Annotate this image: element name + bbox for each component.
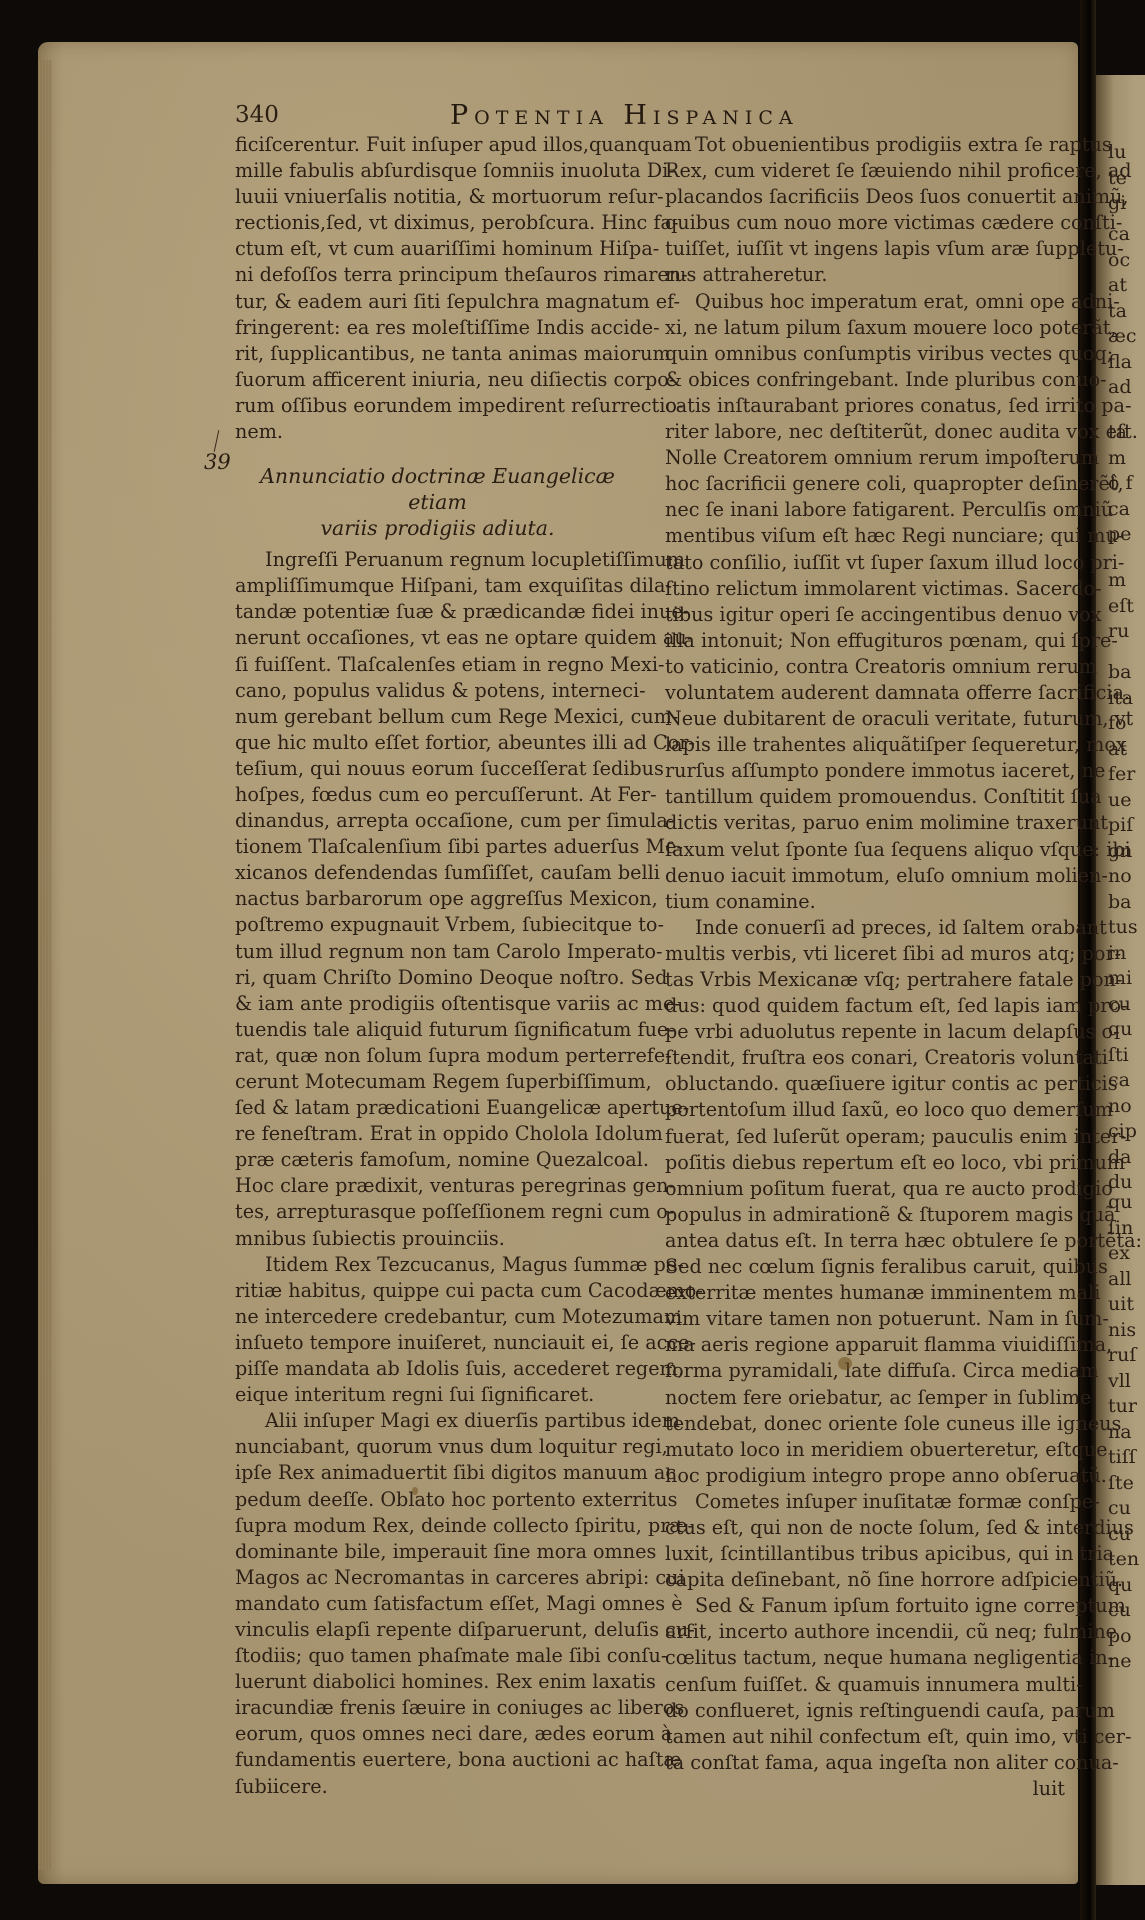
paragraph: Itidem Rex Tezcucanus, Magus ſummæ pe-ri… (235, 1252, 640, 1409)
text-line: denuo iacuit immotum, eluſo omnium molie… (665, 863, 1065, 889)
ink-stain (412, 1487, 418, 1495)
paragraph: Cometes inſuper inuſitatæ formæ conſpe-c… (665, 1489, 1065, 1593)
text-line: ficiſcerentur. Fuit inſuper apud illos,q… (235, 132, 640, 158)
text-line: cenſum fuiſſet. & quamuis innumera multi… (665, 1672, 1065, 1698)
text-line: tato conſilio, iuſſit vt ſuper ſaxum ill… (665, 550, 1065, 576)
next-page-fragment: all (1108, 1267, 1145, 1293)
next-page-fragment: piſ (1108, 813, 1145, 839)
paragraph: Quibus hoc imperatum erat, omni ope adni… (665, 289, 1065, 915)
text-line: rus attraheretur. (665, 262, 1065, 288)
text-line: fringerent: ea res moleſtiſſime Indis ac… (235, 315, 640, 341)
text-line: Alii inſuper Magi ex diuerſis partibus i… (235, 1408, 640, 1434)
next-page-fragment: ba (1108, 890, 1145, 916)
text-line: num gerebant bellum cum Rege Mexici, cum… (235, 704, 640, 730)
text-line: hoc prodigium integro prope anno obſerua… (665, 1463, 1065, 1489)
text-line: Ingreſſi Peruanum regnum locupletiſſimum (235, 547, 640, 573)
text-line: Sed & Fanum ipſum fortuito igne correptu… (665, 1593, 1065, 1619)
text-line: ctus eſt, qui non de nocte ſolum, ſed & … (665, 1515, 1065, 1541)
text-line: fundamentis euertere, bona auctioni ac h… (235, 1747, 640, 1773)
text-line: Nolle Creatorem omnium rerum impoſterum (665, 445, 1065, 471)
text-line: ta conſtat fama, aqua ingeſta non aliter… (665, 1750, 1065, 1776)
text-line: riter labore, nec deſtiterũt, donec audi… (665, 419, 1065, 445)
text-line: rum oſſibus eorundem impedirent reſurrec… (235, 393, 640, 419)
text-line: mandato cum ſatisfactum eſſet, Magi omne… (235, 1591, 640, 1617)
text-line: rit, ſupplicantibus, ne tanta animas mai… (235, 341, 640, 367)
text-line: forma pyramidali, late diffuſa. Circa me… (665, 1358, 1065, 1384)
text-line: placandos ſacrificiis Deos ſuos conuerti… (665, 184, 1065, 210)
text-line: ſupra modum Rex, deinde collecto ſpiritu… (235, 1513, 640, 1539)
running-title: Potentia Hispanica (450, 100, 799, 131)
text-line: ipſe Rex animaduertit ſibi digitos manuu… (235, 1460, 640, 1486)
text-line: ctum eſt, vt cum auariſſimi hominum Hiſp… (235, 236, 640, 262)
text-line: piſſe mandata ab Idolis ſuis, accederet … (235, 1356, 640, 1382)
text-line: & obices confringebant. Inde pluribus co… (665, 367, 1065, 393)
text-line: rurſus aſſumpto pondere immotus iaceret,… (665, 758, 1065, 784)
text-line: dominante bile, imperauit ſine mora omne… (235, 1539, 640, 1565)
text-line: poſitis diebus repertum eſt eo loco, vbi… (665, 1150, 1065, 1176)
text-line: ſuorum afficerent iniuria, neu diſiectis… (235, 367, 640, 393)
text-line: & iam ante prodigiis oſtentisque variis … (235, 991, 640, 1017)
text-line: ſtino relictum immolarent victimas. Sace… (665, 576, 1065, 602)
text-line: cano, populus validus & potens, internec… (235, 678, 640, 704)
text-line: Quibus hoc imperatum erat, omni ope adni… (665, 289, 1065, 315)
section-heading: Annunciatio doctrinæ Euangelicæ etiam va… (235, 463, 640, 541)
text-line: quibus cum nouo more victimas cædere con… (665, 210, 1065, 236)
next-page-fragment: ſte (1108, 1471, 1145, 1497)
paragraph: Tot obuenientibus prodigiis extra ſe rap… (665, 132, 1065, 289)
heading-line-1: Annunciatio doctrinæ Euangelicæ etiam (235, 463, 640, 515)
text-line: exterritæ mentes humanæ imminentem mali (665, 1280, 1065, 1306)
text-line: obluctando. quæſiuere igitur contis ac p… (665, 1071, 1065, 1097)
text-line: noctem fere oriebatur, ac ſemper in ſubl… (665, 1385, 1065, 1411)
text-line: catis inſtaurabant priores conatus, ſed … (665, 393, 1065, 419)
text-line: tes, arrepturasque poſſeſſionem regni cu… (235, 1199, 640, 1225)
text-line: inſueto tempore inuiſeret, nunciauit ei,… (235, 1330, 640, 1356)
text-line: Inde conuerſi ad preces, id ſaltem oraba… (665, 915, 1065, 941)
text-line: ſtendit, fruſtra eos conari, Creatoris v… (665, 1045, 1065, 1071)
text-line: tendebat, donec oriente ſole cuneus ille… (665, 1411, 1065, 1437)
next-page-fragment: tiſſ (1108, 1445, 1145, 1471)
text-line: mentibus viſum eſt hæc Regi nunciare; qu… (665, 523, 1065, 549)
text-line: luxit, ſcintillantibus tribus apicibus, … (665, 1541, 1065, 1567)
right-column: Tot obuenientibus prodigiis extra ſe rap… (665, 132, 1065, 1802)
text-line: voluntatem auderent damnata offerre ſacr… (665, 680, 1065, 706)
text-line: luerunt diabolici homines. Rex enim laxa… (235, 1669, 640, 1695)
next-page-fragment: ca (1108, 497, 1145, 523)
paragraph: Sed & Fanum ipſum fortuito igne correptu… (665, 1593, 1065, 1776)
next-page-fragment: m (1108, 446, 1145, 472)
text-line: to vaticinio, contra Creatoris omnium re… (665, 654, 1065, 680)
text-line: nec ſe inani labore fatigarent. Perculſi… (665, 497, 1065, 523)
text-line: quin omnibus conſumptis viribus vectes q… (665, 341, 1065, 367)
text-line: vinculis elapſi repente diſparuerunt, de… (235, 1617, 640, 1643)
text-line: arſit, incerto authore incendii, cũ neq;… (665, 1619, 1065, 1645)
next-page-fragment: nis (1108, 1318, 1145, 1344)
next-page-fragment: eſt (1108, 594, 1145, 620)
text-line: Itidem Rex Tezcucanus, Magus ſummæ pe- (235, 1252, 640, 1278)
text-line: ſaxum velut ſponte ſua ſequens aliquo vſ… (665, 837, 1065, 863)
ink-stain (838, 1357, 852, 1370)
text-line: ſubiicere. (235, 1774, 640, 1800)
paragraph: Ingreſſi Peruanum regnum locupletiſſimum… (235, 547, 640, 1252)
text-line: eorum, quos omnes neci dare, ædes eorum … (235, 1721, 640, 1747)
text-line: eique interitum regni ſui ſignificaret. (235, 1382, 640, 1408)
text-line: dictis veritas, paruo enim molimine trax… (665, 810, 1065, 836)
text-line: luuii vniuerſalis notitia, & mortuorum r… (235, 184, 640, 210)
text-line: multis verbis, vti liceret ſibi ad muros… (665, 941, 1065, 967)
text-line: ne intercedere credebantur, cum Motezuma… (235, 1304, 640, 1330)
text-line: tuiſſet, iuſſit vt ingens lapis vſum aræ… (665, 236, 1065, 262)
text-line: cœlitus tactum, neque humana negligentia… (665, 1645, 1065, 1671)
text-line: capita deſinebant, nõ ſine horrore adſpi… (665, 1567, 1065, 1593)
next-page-fragment: fer (1108, 762, 1145, 788)
text-line: præ cæteris famoſum, nomine Quezalcoal. (235, 1147, 640, 1173)
text-line: pedum deeſſe. Oblato hoc portento exterr… (235, 1487, 640, 1513)
text-line: nem. (235, 419, 640, 445)
next-page-fragment: ſti (1108, 1043, 1145, 1069)
text-line: Tot obuenientibus prodigiis extra ſe rap… (665, 132, 1065, 158)
next-page-fragment: vll (1108, 1369, 1145, 1395)
text-line: illa intonuit; Non effugituros pœnam, qu… (665, 628, 1065, 654)
text-line: omnium poſitum fuerat, qua re aucto prod… (665, 1176, 1065, 1202)
text-line: dus: quod quidem factum eſt, ſed lapis i… (665, 993, 1065, 1019)
page-edges (38, 60, 52, 1870)
heading-line-2: variis prodigiis adiuta. (235, 515, 640, 541)
text-line: vim vitare tamen non potuerunt. Nam in ſ… (665, 1306, 1065, 1332)
text-line: iracundiæ frenis ſæuire in coniuges ac l… (235, 1695, 640, 1721)
next-page-fragment: ruſ (1108, 1343, 1145, 1369)
text-line: tium conamine. (665, 889, 1065, 915)
text-line: tuendis tale aliquid futurum ſignificatu… (235, 1017, 640, 1043)
text-line: ma aeris regione apparuit flamma viuidiſ… (665, 1332, 1065, 1358)
text-line: tas Vrbis Mexicanæ vſq; pertrahere fatal… (665, 967, 1065, 993)
next-page-fragment: fla (1108, 350, 1145, 376)
text-line: ni defoſſos terra principum theſauros ri… (235, 262, 640, 288)
next-page-fragment: no (1108, 864, 1145, 890)
catchword: luit (665, 1776, 1065, 1802)
text-line: tionem Tlaſcalenſium ſibi partes aduerſu… (235, 834, 640, 860)
text-line: antea datus eſt. In terra hæc obtulere ſ… (665, 1228, 1065, 1254)
next-page-fragment: tus (1108, 915, 1145, 941)
left-column: ficiſcerentur. Fuit inſuper apud illos,q… (235, 132, 640, 1800)
text-line: nunciabant, quorum vnus dum loquitur reg… (235, 1434, 640, 1460)
text-line: tur, & eadem auri ſiti ſepulchra magnatu… (235, 289, 640, 315)
text-line: Neue dubitarent de oraculi veritate, fut… (665, 706, 1065, 732)
page-number: 340 (235, 102, 279, 128)
text-line: tamen aut nihil confectum eſt, quin imo,… (665, 1724, 1065, 1750)
text-line: nerunt occaſiones, vt eas ne optare quid… (235, 625, 640, 651)
text-line: mille fabulis abſurdisque ſomniis inuolu… (235, 158, 640, 184)
text-line: xicanos defendendas ſumſiſſet, cauſam be… (235, 860, 640, 886)
text-line: Hoc clare prædixit, venturas peregrinas … (235, 1173, 640, 1199)
text-line: rectionis,ſed, vt diximus, perobſcura. H… (235, 210, 640, 236)
text-line: mutato loco in meridiem obuerteretur, eſ… (665, 1437, 1065, 1463)
text-line: re feneſtram. Erat in oppido Cholola Ido… (235, 1121, 640, 1147)
text-line: ſed & latam prædicationi Euangelicæ aper… (235, 1095, 640, 1121)
text-line: tandæ potentiæ ſuæ & prædicandæ fidei in… (235, 599, 640, 625)
text-line: pe vrbi aduolutus repente in lacum delap… (665, 1019, 1065, 1045)
next-page-fragment: uit (1108, 1292, 1145, 1318)
text-line: que hic multo eſſet fortior, abeuntes il… (235, 730, 640, 756)
text-line: Cometes inſuper inuſitatæ formæ conſpe- (665, 1489, 1065, 1515)
margin-note-number: 39 (204, 450, 231, 474)
text-line: portentoſum illud ſaxũ, eo loco quo deme… (665, 1097, 1065, 1123)
paragraph: Inde conuerſi ad preces, id ſaltem oraba… (665, 915, 1065, 1489)
text-line: do conflueret, ignis reſtinguendi cauſa,… (665, 1698, 1065, 1724)
text-line: tum illud regnum non tam Carolo Imperato… (235, 939, 640, 965)
text-line: Rex, cum videret ſe ſæuiendo nihil profi… (665, 158, 1065, 184)
text-line: ſtodiis; quo tamen phaſmate male ſibi co… (235, 1643, 640, 1669)
text-line: Sed nec cœlum ſignis feralibus caruit, q… (665, 1254, 1065, 1280)
text-line: tibus igitur operi ſe accingentibus denu… (665, 602, 1065, 628)
text-line: xi, ne latum pilum ſaxum mouere loco pot… (665, 315, 1065, 341)
text-line: tantillum quidem promouendus. Conſtitit … (665, 784, 1065, 810)
paragraph: ficiſcerentur. Fuit inſuper apud illos,q… (235, 132, 640, 445)
text-line: teſium, qui nouus eorum ſucceſſerat ſedi… (235, 756, 640, 782)
text-line: Magos ac Necromantas in carceres abripi:… (235, 1565, 640, 1591)
text-line: ritiæ habitus, quippe cui pacta cum Caco… (235, 1278, 640, 1304)
text-line: nactus barbarorum ope aggreſſus Mexicon, (235, 886, 640, 912)
text-line: ri, quam Chriſto Domino Deoque noſtro. S… (235, 965, 640, 991)
text-line: populus in admirationẽ & ſtuporem magis … (665, 1202, 1065, 1228)
text-line: dinandus, arrepta occaſione, cum per ſim… (235, 808, 640, 834)
text-line: ſi fuiſſent. Tlaſcalenſes etiam in regno… (235, 652, 640, 678)
text-line: rat, quæ non ſolum ſupra modum perterref… (235, 1043, 640, 1069)
paragraph: Alii inſuper Magi ex diuerſis partibus i… (235, 1408, 640, 1799)
text-line: fuerat, ſed luſerũt operam; pauculis eni… (665, 1124, 1065, 1150)
text-line: lapis ille trahentes aliquãtiſper ſequer… (665, 732, 1065, 758)
text-line: mnibus ſubiectis prouinciis. (235, 1226, 640, 1252)
text-line: poſtremo expugnauit Vrbem, ſubiecitque t… (235, 912, 640, 938)
text-line: ampliſſimumque Hiſpani, tam exquiſitas d… (235, 573, 640, 599)
text-line: hoc ſacrificii genere coli, quapropter d… (665, 471, 1065, 497)
next-page-fragment: no (1108, 1094, 1145, 1120)
text-line: hoſpes, fœdus cum eo percuſſerunt. At Fe… (235, 782, 640, 808)
next-page-fragment: ue (1108, 788, 1145, 814)
text-line: cerunt Motecumam Regem ſuperbiſſimum, (235, 1069, 640, 1095)
